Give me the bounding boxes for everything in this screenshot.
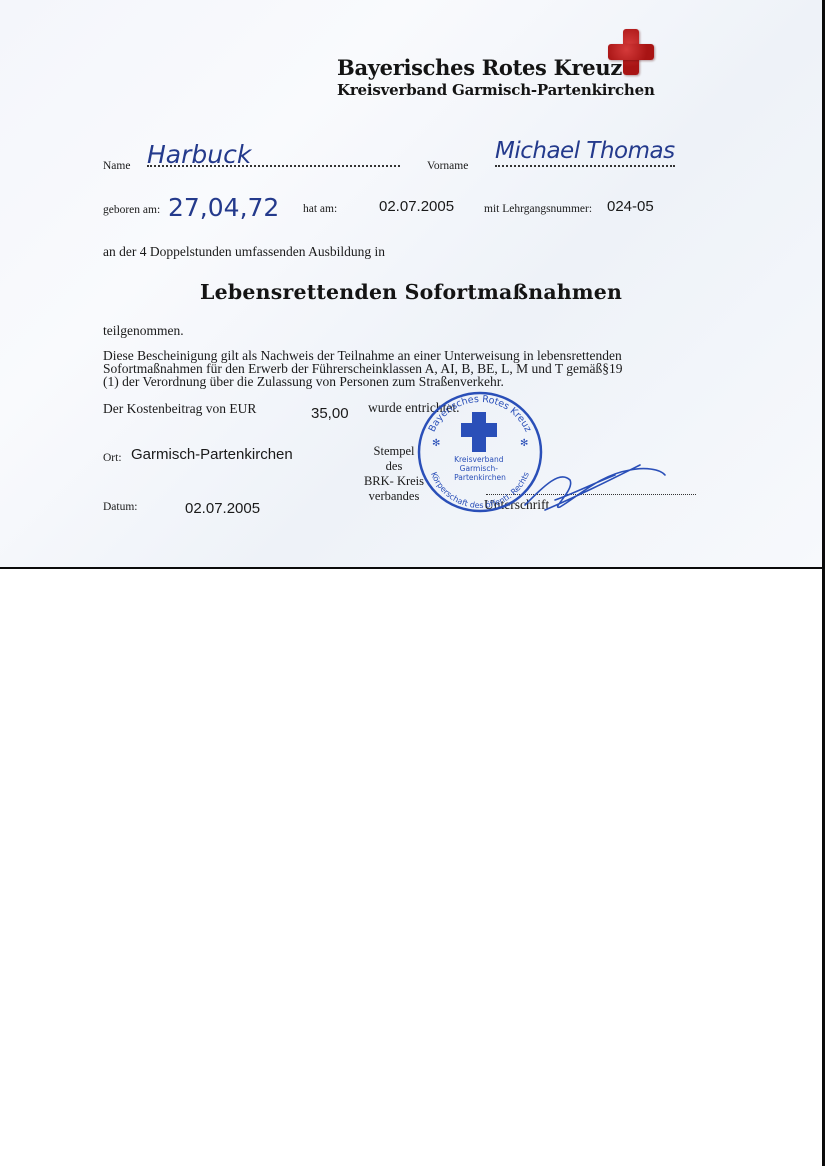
blue-cross-icon bbox=[461, 412, 497, 452]
geboren-value: 27,04,72 bbox=[168, 193, 279, 222]
datum-value: 02.07.2005 bbox=[185, 500, 260, 517]
red-cross-icon bbox=[608, 29, 654, 75]
lehrgang-value: 024-05 bbox=[607, 198, 654, 215]
hat-am-label: hat am: bbox=[303, 203, 337, 215]
paragraph-line: (1) der Verordnung über die Zulassung vo… bbox=[103, 375, 743, 388]
name-dotted-line bbox=[147, 165, 400, 167]
fee-value: 35,00 bbox=[311, 405, 349, 422]
geboren-label: geboren am: bbox=[103, 204, 160, 216]
svg-text:✻: ✻ bbox=[520, 438, 528, 449]
legal-paragraph: Diese Bescheinigung gilt als Nachweis de… bbox=[103, 349, 743, 388]
name-label: Name bbox=[103, 160, 130, 172]
vorname-label: Vorname bbox=[427, 160, 468, 172]
signature-scribble bbox=[520, 455, 670, 515]
course-title: Lebensrettenden Sofortmaßnahmen bbox=[200, 280, 622, 304]
datum-label: Datum: bbox=[103, 501, 138, 513]
fee-label: Der Kostenbeitrag von EUR bbox=[103, 401, 256, 417]
organization-branch: Kreisverband Garmisch-Partenkirchen bbox=[337, 81, 655, 99]
intro-text: an der 4 Doppelstunden umfassenden Ausbi… bbox=[103, 244, 385, 260]
svg-text:✻: ✻ bbox=[432, 438, 440, 449]
participated-text: teilgenommen. bbox=[103, 323, 184, 339]
vorname-value: Michael Thomas bbox=[495, 138, 675, 164]
lehrgang-label: mit Lehrgangsnummer: bbox=[484, 203, 592, 215]
vorname-dotted-line bbox=[495, 165, 675, 167]
organization-name: Bayerisches Rotes Kreuz bbox=[337, 55, 622, 80]
svg-text:Kreisverband Garmisch-: Kreisverband Garmisch- Partenkirchen bbox=[454, 455, 506, 482]
hat-am-value: 02.07.2005 bbox=[379, 198, 454, 215]
ort-label: Ort: bbox=[103, 452, 122, 464]
ort-value: Garmisch-Partenkirchen bbox=[131, 446, 293, 463]
